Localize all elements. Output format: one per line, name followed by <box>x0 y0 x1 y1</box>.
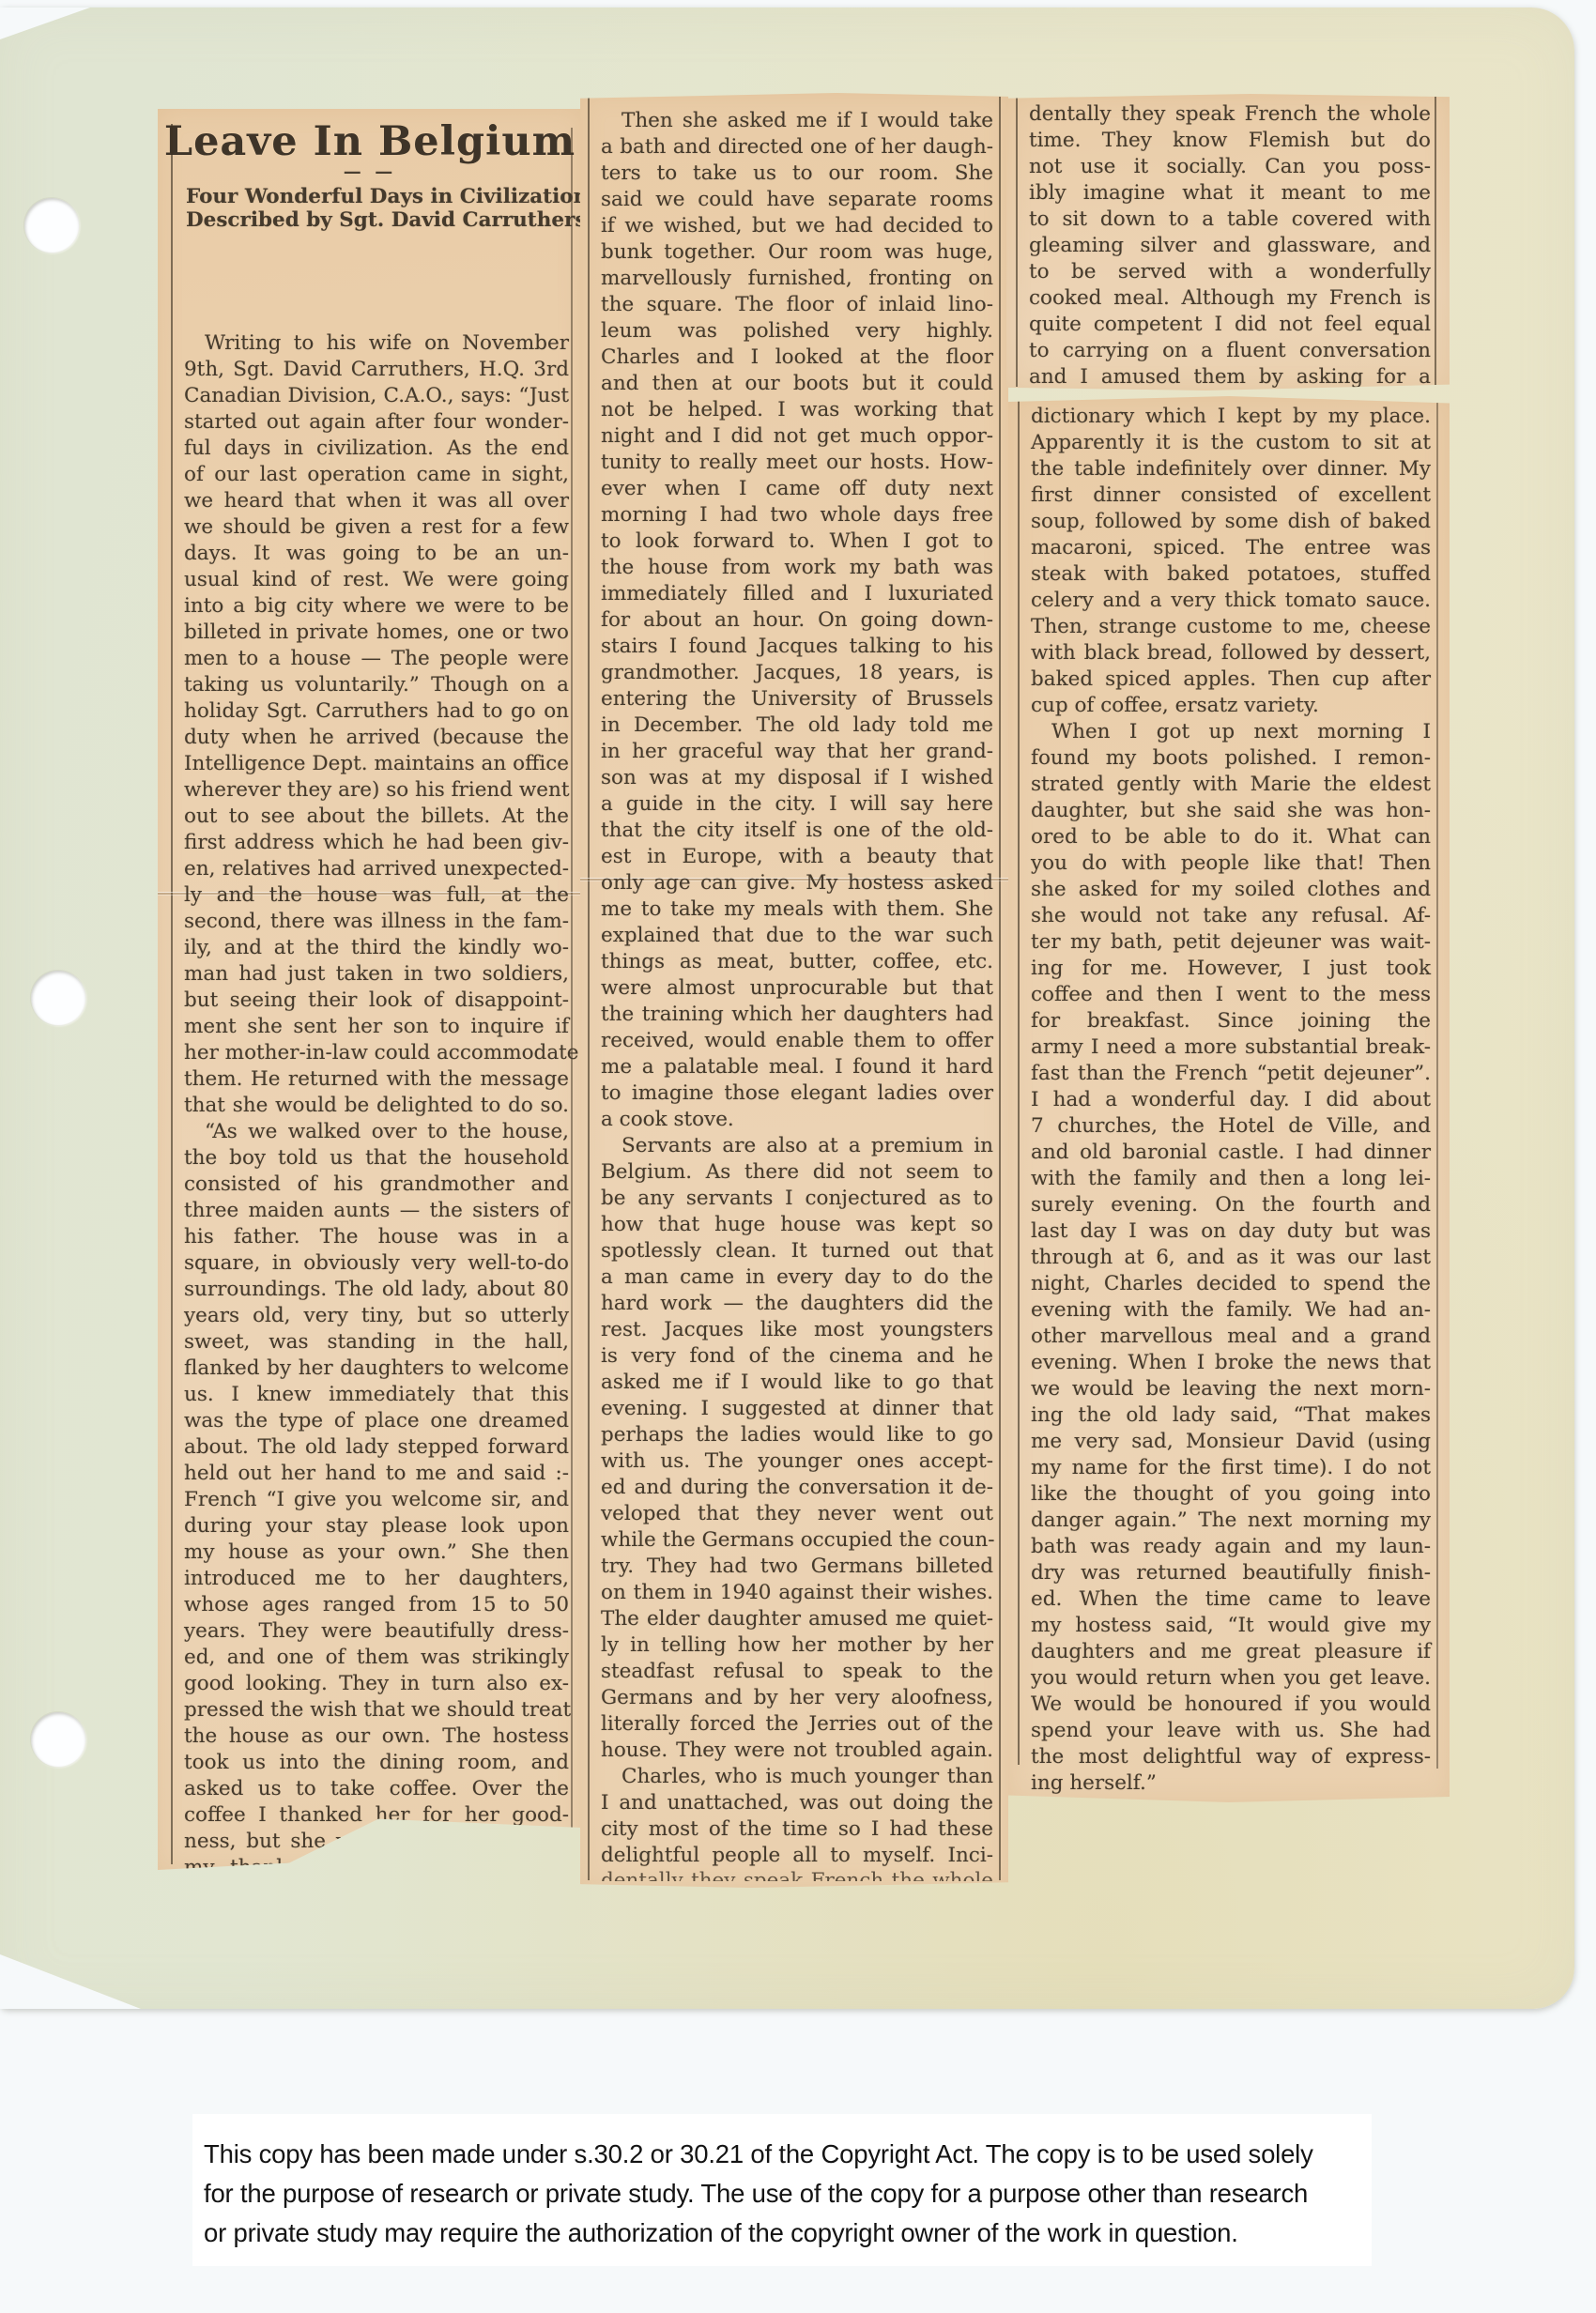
article-text-line: coffee and then I went to the mess <box>1031 982 1431 1008</box>
punch-hole-top <box>24 198 79 253</box>
article-text-line: steadfast refusal to speak to the <box>601 1659 993 1685</box>
column-rule-left <box>171 124 173 1864</box>
article-text-line: with black bread, followed by dessert, <box>1031 640 1431 666</box>
article-text-line: to be served with a wonderfully <box>1029 259 1431 285</box>
article-text-line: Charles and I looked at the floor <box>601 345 993 371</box>
article-text-line: army I need a more substantial break- <box>1031 1034 1431 1061</box>
article-text-line: ing herself.” <box>1031 1770 1431 1797</box>
punch-hole-middle <box>31 971 85 1025</box>
article-text-line: we would be leaving the next morn- <box>1031 1376 1431 1402</box>
article-text-line: the square. The floor of inlaid lino- <box>601 292 993 318</box>
article-text-line: to carrying on a fluent conversation <box>1029 338 1431 364</box>
article-text-line: stairs I found Jacques talking to his <box>601 634 993 660</box>
article-text-line: a man came in every day to do the <box>601 1264 993 1291</box>
article-text-line: daughter, but she said she was hon- <box>1031 798 1431 824</box>
article-text-line: through at 6, and as it was our last <box>1031 1245 1431 1271</box>
article-text-line: be any servants I conjectured as to <box>601 1186 993 1212</box>
article-text-line: pressed the wish that we should treat <box>184 1697 569 1723</box>
article-text-line: surroundings. The old lady, about 80 <box>184 1277 569 1303</box>
article-text-line: night, Charles decided to spend the <box>1031 1271 1431 1297</box>
clipping-column-2: Then she asked me if I would takea bath … <box>580 93 1008 1888</box>
article-text-line: like the thought of you going into <box>1031 1481 1431 1508</box>
article-text-line: cup of coffee, ersatz variety. <box>1031 693 1431 719</box>
article-text-line: house. They were not troubled again. <box>601 1738 993 1764</box>
article-text-line: literally forced the Jerries out of the <box>601 1711 993 1738</box>
article-text-line: ly in telling how her mother by her <box>601 1632 993 1659</box>
article-text-line: and old baronial castle. I had dinner <box>1031 1140 1431 1166</box>
article-text-line: time. They know Flemish but do <box>1029 128 1431 154</box>
article-text-line: me to take my meals with them. She <box>601 896 993 923</box>
article-text-line: his father. The house was in a <box>184 1224 569 1250</box>
article-text-line: of our last operation came in sight, <box>184 462 569 488</box>
article-text-line: is very fond of the cinema and he <box>601 1343 993 1370</box>
article-text-line: veloped that they never went out <box>601 1501 993 1527</box>
article-text-line: on them in 1940 against their wishes. <box>601 1580 993 1606</box>
article-text-line: marvellously furnished, fronting on <box>601 266 993 292</box>
article-text-line: only age can give. My hostess asked <box>601 870 993 896</box>
article-text-line: city most of the time so I had these <box>601 1816 993 1843</box>
article-text-line: hard work — the daughters did the <box>601 1291 993 1317</box>
clipping-column-3-top: dentally they speak French the wholetime… <box>1006 94 1450 391</box>
article-text-line: I and unattached, was out doing the <box>601 1790 993 1816</box>
article-text-line: the training which her daughters had <box>601 1002 993 1028</box>
article-text-line: not use it socially. Can you poss- <box>1029 154 1431 180</box>
article-text-line: evening with the family. We had an- <box>1031 1297 1431 1324</box>
article-text-line: Intelligence Dept. maintains an office <box>184 751 569 777</box>
article-text-line: asked us to take coffee. Over the <box>184 1776 569 1802</box>
article-text-line: The elder daughter amused me quiet- <box>601 1606 993 1632</box>
article-text-line: the house from work my bath was <box>601 555 993 581</box>
article-text-line: soup, followed by some dish of baked <box>1031 509 1431 535</box>
article-text-line: that she would be delighted to do so. <box>184 1093 569 1119</box>
article-text-line: holiday Sgt. Carruthers had to go on <box>184 698 569 725</box>
article-text-line: a guide in the city. I will say here <box>601 791 993 818</box>
article-text-line: ed. When the time came to leave <box>1031 1586 1431 1613</box>
article-text-line: to imagine those elegant ladies over <box>601 1080 993 1107</box>
article-text-line: for about an hour. On going down- <box>601 607 993 634</box>
article-text-line: taking us voluntarily.” Though on a <box>184 672 569 698</box>
article-text-line: ever when I came off duty next <box>601 476 993 502</box>
article-text-line: perhaps the ladies would like to go <box>601 1422 993 1448</box>
article-text-line: spend your leave with us. She had <box>1031 1718 1431 1744</box>
copyright-line: for the purpose of research or private s… <box>204 2174 1372 2213</box>
article-text-line: she asked for my soiled clothes and <box>1031 877 1431 903</box>
column-rule-left <box>1018 399 1020 1765</box>
scanned-document: Leave In Belgium — — Four Wonderful Days… <box>0 0 1596 2313</box>
article-text-line: square, in obviously very well-to-do <box>184 1250 569 1277</box>
article-text-line: and then at our boots but it could <box>601 371 993 397</box>
article-text-line: sweet, was standing in the hall, <box>184 1329 569 1356</box>
article-text-line: started out again after four wonder- <box>184 409 569 436</box>
article-text-line: not be helped. I was working that <box>601 397 993 423</box>
article-text-line: ed, and one of them was strikingly <box>184 1645 569 1671</box>
article-text-line: 7 churches, the Hotel de Ville, and <box>1031 1113 1431 1140</box>
article-text-line: to look forward to. When I got to <box>601 528 993 555</box>
article-text-line: delightful people all to myself. Inci- <box>601 1843 993 1869</box>
article-text-line: me a palatable meal. I found it hard <box>601 1054 993 1080</box>
article-text-line: Writing to his wife on November <box>184 330 569 357</box>
article-text-line: whose ages ranged from 15 to 50 <box>184 1592 569 1618</box>
article-text-line: ily, and at the third the kindly wo- <box>184 935 569 961</box>
article-text-line: Then she asked me if I would take <box>601 108 993 134</box>
article-text-line: leum was polished very highly. <box>601 318 993 345</box>
article-text-line: strated gently with Marie the eldest <box>1031 772 1431 798</box>
article-text-line: ing for me. However, I just took <box>1031 956 1431 982</box>
article-text-line: ment she sent her son to inquire if <box>184 1014 569 1040</box>
article-text-line: bath was ready again and my laun- <box>1031 1534 1431 1560</box>
article-text-line: said we could have separate rooms <box>601 187 993 213</box>
article-text-line: them. He returned with the message <box>184 1066 569 1093</box>
article-text-line: last day I was on day duty but was <box>1031 1218 1431 1245</box>
article-text-line: we heard that when it was all over <box>184 488 569 514</box>
column-rule-right <box>1435 97 1436 387</box>
article-text-line: night and I did not get much oppor- <box>601 423 993 450</box>
article-text-line: est in Europe, with a beauty that <box>601 844 993 870</box>
copyright-line: or private study may require the authori… <box>204 2213 1372 2253</box>
article-text-line: years old, very tiny, but so utterly <box>184 1303 569 1329</box>
article-text-line: us. I knew immediately that this <box>184 1382 569 1408</box>
article-headline: Leave In Belgium <box>158 118 582 165</box>
column-rule-right <box>571 128 573 1829</box>
article-text-line: entering the University of Brussels <box>601 686 993 712</box>
article-text-line: for breakfast. Since joining the <box>1031 1008 1431 1034</box>
column-rule-left <box>588 97 590 1880</box>
article-text-line: wherever they are) so his friend went <box>184 777 569 804</box>
article-text-line: spotlessly clean. It turned out that <box>601 1238 993 1264</box>
headline-divider: — — <box>158 165 582 178</box>
column-2-text: Then she asked me if I would takea bath … <box>601 108 993 1869</box>
article-text-line: grandmother. Jacques, 18 years, is <box>601 660 993 686</box>
article-text-line: duty when he arrived (because the <box>184 725 569 751</box>
article-text-line: a cook stove. <box>601 1107 993 1133</box>
column-1-text: Writing to his wife on November9th, Sgt.… <box>184 330 569 1960</box>
subhead-line: Four Wonderful Days in Civilization <box>186 184 556 207</box>
subhead-line: Described by Sgt. David Carruthers <box>186 207 556 231</box>
article-text-line: while the Germans occupied the coun- <box>601 1527 993 1554</box>
article-text-line: was the type of place one dreamed <box>184 1408 569 1434</box>
article-text-line: you do with people like that! Then <box>1031 850 1431 877</box>
article-text-line: second, there was illness in the fam- <box>184 909 569 935</box>
article-text-line: ful days in civilization. As the end <box>184 436 569 462</box>
article-text-line: her mother-in-law could accommodate <box>184 1040 569 1066</box>
article-text-line: three maiden aunts — the sisters of <box>184 1198 569 1224</box>
column-rule-left <box>1016 97 1018 387</box>
article-text-line: dictionary which I kept by my place. <box>1031 404 1431 430</box>
article-text-line: received, would enable them to offer <box>601 1028 993 1054</box>
article-header: Leave In Belgium — — Four Wonderful Days… <box>158 109 582 231</box>
clipping-column-1: Leave In Belgium — — Four Wonderful Days… <box>158 109 582 1870</box>
article-text-line: 9th, Sgt. David Carruthers, H.Q. 3rd <box>184 357 569 383</box>
article-text-line: immediately filled and I luxuriated <box>601 581 993 607</box>
article-text-line: things as meat, butter, coffee, etc. <box>601 949 993 975</box>
article-text-line: explained that due to the war such <box>601 923 993 949</box>
article-text-line: Then, strange custome to me, cheese <box>1031 614 1431 640</box>
column-3-bottom-text: dictionary which I kept by my place.Appa… <box>1031 404 1431 1797</box>
article-text-line: other marvellous meal and a grand <box>1031 1324 1431 1350</box>
article-text-line: ibly imagine what it meant to me <box>1029 180 1431 207</box>
article-text-line: my house as your own.” She then <box>184 1539 569 1566</box>
article-text-line: steak with baked potatoes, stuffed <box>1031 561 1431 588</box>
article-text-line: quite competent I did not feel equal <box>1029 312 1431 338</box>
article-text-line: men to a house — The people were <box>184 646 569 672</box>
clipping-column-3-bottom: dictionary which I kept by my place.Appa… <box>1008 396 1450 1802</box>
article-text-line: Charles, who is much younger than <box>601 1764 993 1790</box>
copyright-notice-label: This copy has been made under s.30.2 or … <box>192 2114 1372 2266</box>
article-text-line: the most delightful way of express- <box>1031 1744 1431 1770</box>
article-text-line: morning I had two whole days free <box>601 502 993 528</box>
article-text-line: When I got up next morning I <box>1031 719 1431 745</box>
article-text-line: good looking. They in turn also ex- <box>184 1671 569 1697</box>
article-text-line: consisted of his grandmother and <box>184 1172 569 1198</box>
article-text-line: bunk together. Our room was huge, <box>601 239 993 266</box>
article-text-line: evening. When I broke the news that <box>1031 1350 1431 1376</box>
article-text-line: baked spiced apples. Then cup after <box>1031 666 1431 693</box>
article-subhead: Four Wonderful Days in Civilization Desc… <box>158 184 582 231</box>
article-text-line: years. They were beautifully dress- <box>184 1618 569 1645</box>
article-text-line: “As we walked over to the house, <box>184 1119 569 1145</box>
copyright-notice-text: This copy has been made under s.30.2 or … <box>192 2114 1372 2253</box>
article-text-line: ored to be able to do it. What can <box>1031 824 1431 850</box>
article-text-line: Servants are also at a premium in <box>601 1133 993 1159</box>
article-text-line: fast than the French “petit dejeuner”. <box>1031 1061 1431 1087</box>
article-text-line: introduced me to her daughters, <box>184 1566 569 1592</box>
article-text-line: I had a wonderful day. I did about <box>1031 1087 1431 1113</box>
article-text-line: my name for the first time). I do not <box>1031 1455 1431 1481</box>
article-text-line: ed and during the conversation it de- <box>601 1475 993 1501</box>
article-text-line: dry was returned beautifully finish- <box>1031 1560 1431 1586</box>
article-text-line: the table indefinitely over dinner. My <box>1031 456 1431 483</box>
article-text-line: you would return when you get leave. <box>1031 1665 1431 1692</box>
article-text-line: my hostess said, “It would give my <box>1031 1613 1431 1639</box>
article-text-line: usual kind of rest. We were going <box>184 567 569 593</box>
copyright-line: This copy has been made under s.30.2 or … <box>204 2135 1372 2174</box>
article-text-line: French “I give you welcome sir, and <box>184 1487 569 1513</box>
article-text-line: cooked meal. Although my French is <box>1029 285 1431 312</box>
article-text-line: out to see about the billets. At the <box>184 804 569 830</box>
article-text-line: Belgium. As there did not seem to <box>601 1159 993 1186</box>
article-text-line: ter my bath, petit dejeuner was wait- <box>1031 929 1431 956</box>
article-text-line: tunity to really meet our hosts. How- <box>601 450 993 476</box>
column-3-top-text: dentally they speak French the wholetime… <box>1029 101 1431 391</box>
article-text-line: son was at my disposal if I wished <box>601 765 993 791</box>
article-text-line: but seeing their look of disappoint- <box>184 988 569 1014</box>
article-text-line: man had just taken in two soldiers, <box>184 961 569 988</box>
article-text-line: surely evening. On the fourth and <box>1031 1192 1431 1218</box>
article-text-line: a bath and directed one of her daugh- <box>601 134 993 161</box>
article-text-line: the boy told us that the household <box>184 1145 569 1172</box>
article-text-line: first address which he had been giv- <box>184 830 569 856</box>
article-text-line: to sit down to a table covered with <box>1029 207 1431 233</box>
article-text-line: days. It was going to be an un- <box>184 541 569 567</box>
punch-hole-bottom <box>31 1712 85 1767</box>
article-text-line: gleaming silver and glassware, and <box>1029 233 1431 259</box>
article-text-line: the house as our own. The hostess <box>184 1723 569 1750</box>
article-text-line: how that huge house was kept so <box>601 1212 993 1238</box>
article-text-line: daughters and me great pleasure if <box>1031 1639 1431 1665</box>
article-text-line: en, relatives had arrived unexpected- <box>184 856 569 882</box>
article-text-line: were almost unprocurable but that <box>601 975 993 1002</box>
article-text-line: Canadian Division, C.A.O., says: “Just <box>184 383 569 409</box>
article-text-line: danger again.” The next morning my <box>1031 1508 1431 1534</box>
column-rule-right <box>1436 399 1438 1769</box>
article-text-line: about. The old lady stepped forward <box>184 1434 569 1461</box>
article-text-line: with us. The younger ones accept- <box>601 1448 993 1475</box>
article-text-line: held out her hand to me and said :- <box>184 1461 569 1487</box>
article-text-line: first dinner consisted of excellent <box>1031 483 1431 509</box>
article-text-line: with the family and then a long lei- <box>1031 1166 1431 1192</box>
article-text-line: We would be honoured if you would <box>1031 1692 1431 1718</box>
article-text-line: she would not take any refusal. Af- <box>1031 903 1431 929</box>
article-text-line: took us into the dining room, and <box>184 1750 569 1776</box>
article-text-line: asked me if I would like to go that <box>601 1370 993 1396</box>
article-text-line: ters to take us to our room. She <box>601 161 993 187</box>
column-rule-right <box>999 97 1001 1880</box>
article-text-line: try. They had two Germans billeted <box>601 1554 993 1580</box>
article-text-line: we should be given a rest for a few <box>184 514 569 541</box>
article-text-line: into a big city where we were to be <box>184 593 569 620</box>
article-text-line: in her graceful way that her grand- <box>601 739 993 765</box>
article-text-line: billeted in private homes, one or two <box>184 620 569 646</box>
article-text-line: during your stay please look upon <box>184 1513 569 1539</box>
article-text-line: flanked by her daughters to welcome <box>184 1356 569 1382</box>
article-text-line: rest. Jacques like most youngsters <box>601 1317 993 1343</box>
article-text-line: me very sad, Monsieur David (using <box>1031 1429 1431 1455</box>
article-text-line: ing the old lady said, “That makes <box>1031 1402 1431 1429</box>
column-2-cutoff-line: dentally they speak French the whole <box>601 1869 993 1881</box>
article-text-line: Apparently it is the custom to sit at <box>1031 430 1431 456</box>
article-text-line: ly and the house was full, at the <box>184 882 569 909</box>
article-text-line: dentally they speak French the whole <box>1029 101 1431 128</box>
article-text-line: celery and a very thick tomato sauce. <box>1031 588 1431 614</box>
article-text-line: macaroni, spiced. The entree was <box>1031 535 1431 561</box>
article-text-line: if we wished, but we had decided to <box>601 213 993 239</box>
article-text-line: Germans and by her very aloofness, <box>601 1685 993 1711</box>
article-text-line: found my boots polished. I remon- <box>1031 745 1431 772</box>
article-text-line: that the city itself is one of the old- <box>601 818 993 844</box>
article-text-line: evening. I suggested at dinner that <box>601 1396 993 1422</box>
article-text-line: in December. The old lady told me <box>601 712 993 739</box>
